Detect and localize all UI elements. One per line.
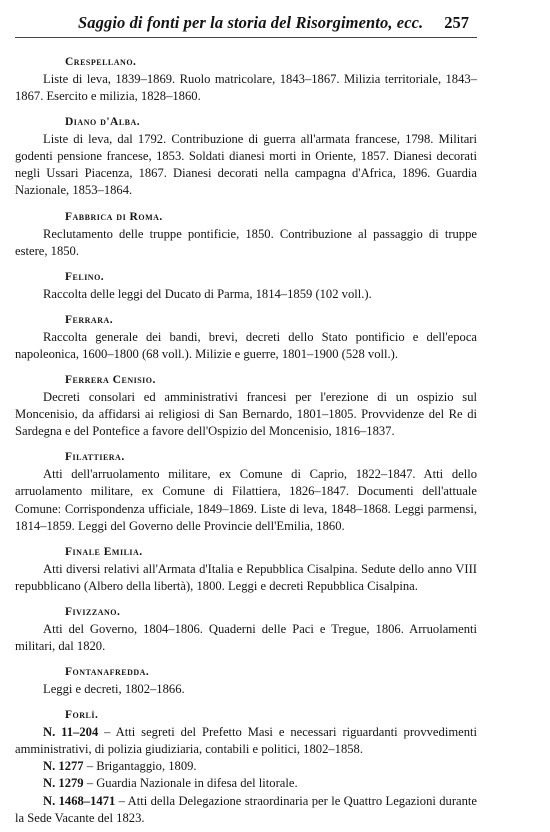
running-header: Saggio di fonti per la storia del Risorg…: [15, 13, 477, 33]
entry-text: Decreti consolari ed amministrativi fran…: [15, 389, 477, 440]
entry-text: Atti diversi relativi all'Armata d'Itali…: [15, 561, 477, 595]
entry-filattiera: Filattiera. Atti dell'arruolamento milit…: [15, 449, 477, 534]
header-rule: [15, 37, 477, 38]
running-title: Saggio di fonti per la storia del Risorg…: [78, 13, 423, 33]
entry-fontanafredda: Fontanafredda. Leggi e decreti, 1802–186…: [15, 664, 477, 698]
entry-heading: Finale Emilia.: [65, 544, 477, 561]
entry-text: Liste di leva, dal 1792. Contribuzione d…: [15, 131, 477, 199]
document-number: N. 1468–1471: [43, 794, 115, 808]
entry-ferrara: Ferrara. Raccolta generale dei bandi, br…: [15, 312, 477, 363]
document-item: N. 1277 – Brigantaggio, 1809.: [15, 758, 477, 775]
entry-heading: Fontanafredda.: [65, 664, 477, 681]
document-number: N. 11–204: [43, 725, 98, 739]
document-item: N. 1279 – Guardia Nazionale in difesa de…: [15, 775, 477, 792]
entry-crespellano: Crespellano. Liste di leva, 1839–1869. R…: [15, 54, 477, 105]
entry-heading: Crespellano.: [65, 54, 477, 71]
document-item: N. 1468–1471 – Atti della Delegazione st…: [15, 793, 477, 827]
entry-felino: Felino. Raccolta delle leggi del Ducato …: [15, 269, 477, 303]
entry-heading: Ferrara.: [65, 312, 477, 329]
document-number: N. 1279: [43, 776, 84, 790]
page-content: Crespellano. Liste di leva, 1839–1869. R…: [15, 54, 477, 832]
entry-text: Reclutamento delle truppe pontificie, 18…: [15, 226, 477, 260]
entry-heading: Felino.: [65, 269, 477, 286]
entry-finale-emilia: Finale Emilia. Atti diversi relativi all…: [15, 544, 477, 595]
document-number: N. 1277: [43, 759, 84, 773]
entry-heading: Fabbrica di Roma.: [65, 209, 477, 226]
entry-text: Liste di leva, 1839–1869. Ruolo matricol…: [15, 71, 477, 105]
entry-heading: Diano d'Alba.: [65, 114, 477, 131]
document-item: N. 11–204 – Atti segreti del Prefetto Ma…: [15, 724, 477, 758]
entry-text: Leggi e decreti, 1802–1866.: [15, 681, 477, 698]
entry-text: Raccolta delle leggi del Ducato di Parma…: [15, 286, 477, 303]
document-description: – Guardia Nazionale in difesa del litora…: [87, 776, 298, 790]
entry-heading: Ferrera Cenisio.: [65, 372, 477, 389]
entry-fabbrica-di-roma: Fabbrica di Roma. Reclutamento delle tru…: [15, 209, 477, 260]
entry-forli: Forlì. N. 11–204 – Atti segreti del Pref…: [15, 707, 477, 827]
entry-ferrera-cenisio: Ferrera Cenisio. Decreti consolari ed am…: [15, 372, 477, 440]
document-description: – Brigantaggio, 1809.: [87, 759, 197, 773]
page-number: 257: [444, 13, 469, 33]
entry-heading: Forlì.: [65, 707, 477, 724]
entry-text: Raccolta generale dei bandi, brevi, decr…: [15, 329, 477, 363]
entry-diano-d-alba: Diano d'Alba. Liste di leva, dal 1792. C…: [15, 114, 477, 199]
entry-text: Atti dell'arruolamento militare, ex Comu…: [15, 466, 477, 534]
entry-heading: Fivizzano.: [65, 604, 477, 621]
entry-fivizzano: Fivizzano. Atti del Governo, 1804–1806. …: [15, 604, 477, 655]
entry-text: Atti del Governo, 1804–1806. Quaderni de…: [15, 621, 477, 655]
entry-heading: Filattiera.: [65, 449, 477, 466]
